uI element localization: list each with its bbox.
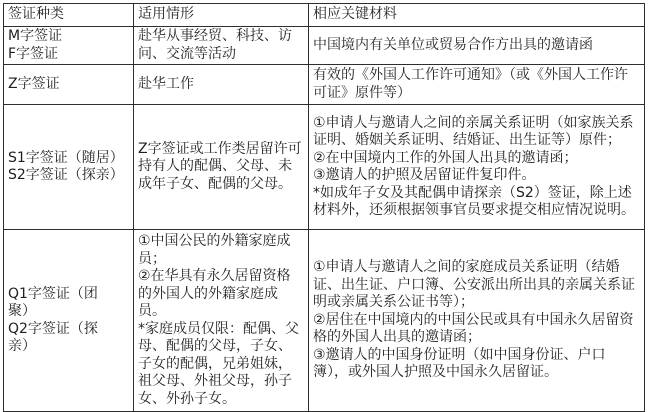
cell-situation: 赴华工作 xyxy=(134,65,309,105)
visa-requirements-table: 签证种类 适用情形 相应关键材料 M字签证 F字签证 赴华从事经贸、科技、访问、… xyxy=(3,3,645,408)
cell-visa-type: M字签证 F字签证 xyxy=(4,27,134,65)
table-row-s-visa: S1字签证（随居） S2字签证（探亲） Z字签证或工作类居留许可持有人的配偶、父… xyxy=(4,105,645,230)
cell-situation: Z字签证或工作类居留许可持有人的配偶、父母、未成年子女、配偶的父母。 xyxy=(134,105,309,230)
cell-situation: 赴华从事经贸、科技、访问、交流等活动 xyxy=(134,27,309,65)
cell-visa-type: Q1字签证（团 聚） Q2字签证（探 亲） xyxy=(4,230,134,409)
table-row-z-visa: Z字签证 赴华工作 有效的《外国人工作许可通知》（或《外国人工作许可证》原件等） xyxy=(4,65,645,105)
visa-requirements-table-container: 签证种类 适用情形 相应关键材料 M字签证 F字签证 赴华从事经贸、科技、访问、… xyxy=(3,3,644,408)
cell-materials: 有效的《外国人工作许可通知》（或《外国人工作许可证》原件等） xyxy=(309,65,645,105)
cell-materials: ①申请人与邀请人之间的家庭成员关系证明（结婚证、出生证、户口簿、公安派出所出具的… xyxy=(309,230,645,409)
cell-visa-type: S1字签证（随居） S2字签证（探亲） xyxy=(4,105,134,230)
cell-visa-type: Z字签证 xyxy=(4,65,134,105)
cell-materials: ①申请人与邀请人之间的亲属关系证明（如家族关系证明、婚姻关系证明、结婚证、出生证… xyxy=(309,105,645,230)
column-header-applicable-situation: 适用情形 xyxy=(134,4,309,27)
table-row-mf-visa: M字签证 F字签证 赴华从事经贸、科技、访问、交流等活动 中国境内有关单位或贸易… xyxy=(4,27,645,65)
column-header-visa-type: 签证种类 xyxy=(4,4,134,27)
cell-materials: 中国境内有关单位或贸易合作方出具的邀请函 xyxy=(309,27,645,65)
cell-situation: ①中国公民的外籍家庭成员； ②在华具有永久居留资格的外国人的外籍家庭成员。 *家… xyxy=(134,230,309,409)
table-row-q-visa: Q1字签证（团 聚） Q2字签证（探 亲） ①中国公民的外籍家庭成员； ②在华具… xyxy=(4,230,645,409)
column-header-key-materials: 相应关键材料 xyxy=(309,4,645,27)
header-row: 签证种类 适用情形 相应关键材料 xyxy=(4,4,645,27)
